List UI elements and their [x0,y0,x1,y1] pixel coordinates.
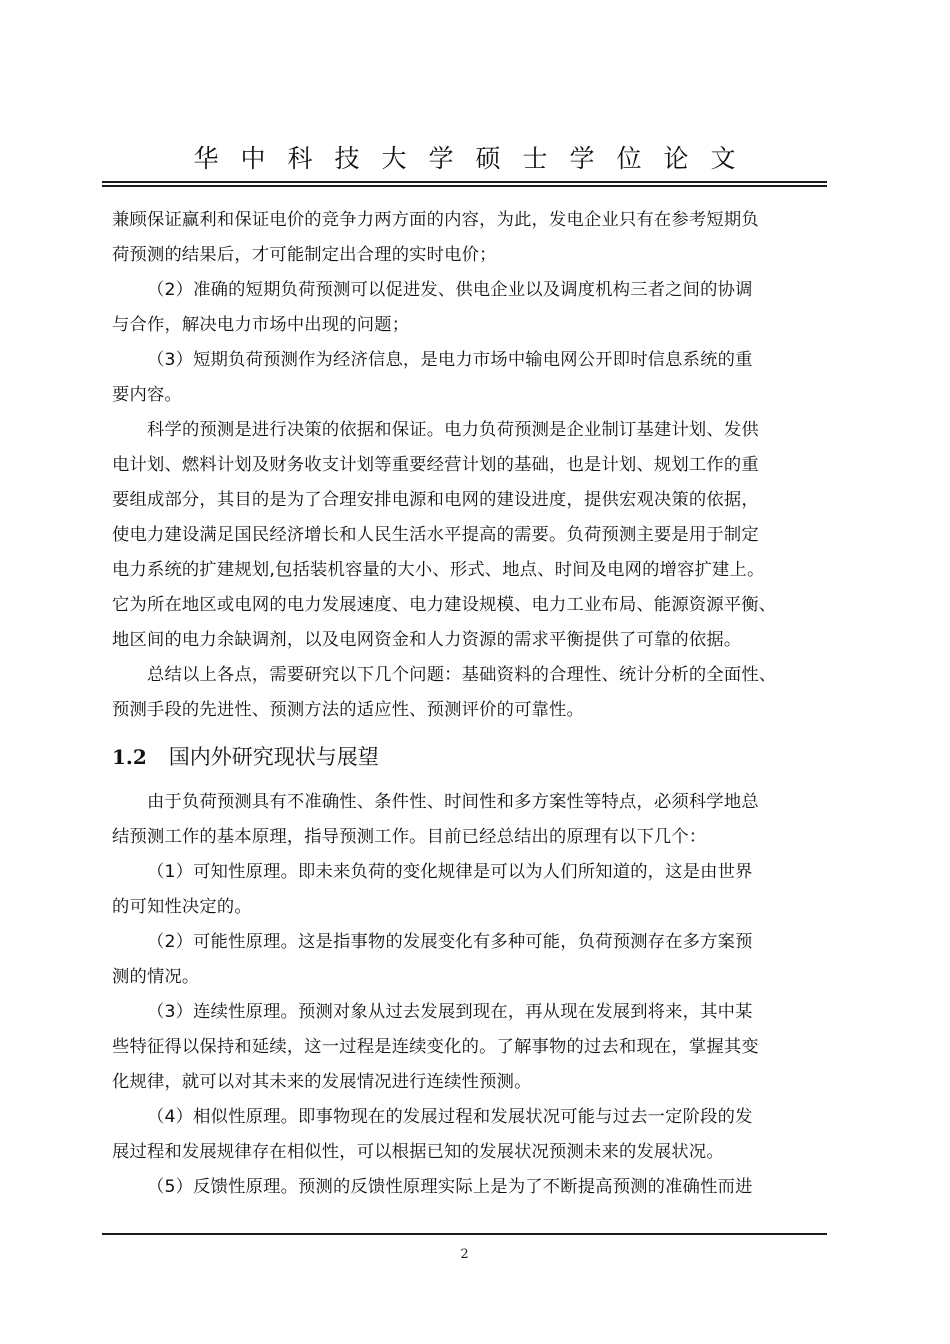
paragraph-line: 预测手段的先进性、预测方法的适应性、预测评价的可靠性。 [112,693,820,728]
paragraph-line: 结预测工作的基本原理，指导预测工作。目前已经总结出的原理有以下几个： [112,820,820,855]
paragraph-line: 些特征得以保持和延续，这一过程是连续变化的。了解事物的过去和现在，掌握其变 [112,1030,820,1065]
paragraph-line: 化规律，就可以对其未来的发展情况进行连续性预测。 [112,1065,820,1100]
list-item-line: （5）反馈性原理。预测的反馈性原理实际上是为了不断提高预测的准确性而进 [112,1170,820,1205]
footer-rule [102,1233,827,1235]
section-heading: 1.2国内外研究现状与展望 [112,733,820,781]
paragraph-line: 要组成部分，其目的是为了合理安排电源和电网的建设进度，提供宏观决策的依据， [112,483,820,518]
paragraph-line: 展过程和发展规律存在相似性，可以根据已知的发展状况预测未来的发展状况。 [112,1135,820,1170]
section-title: 国内外研究现状与展望 [169,745,379,769]
paragraph-line: 电计划、燃料计划及财务收支计划等重要经营计划的基础，也是计划、规划工作的重 [112,448,820,483]
paragraph-line: 兼顾保证赢利和保证电价的竞争力两方面的内容，为此，发电企业只有在参考短期负 [112,203,820,238]
list-item-line: （3）连续性原理。预测对象从过去发展到现在，再从现在发展到将来，其中某 [112,995,820,1030]
paragraph-line: 由于负荷预测具有不准确性、条件性、时间性和多方案性等特点，必须科学地总 [112,785,820,820]
paragraph-line: 它为所在地区或电网的电力发展速度、电力建设规模、电力工业布局、能源资源平衡、 [112,588,820,623]
paragraph-line: 科学的预测是进行决策的依据和保证。电力负荷预测是企业制订基建计划、发供 [112,413,820,448]
paragraph-line: 电力系统的扩建规划,包括装机容量的大小、形式、地点、时间及电网的增容扩建上。 [112,553,820,588]
paragraph-line: 的可知性决定的。 [112,890,820,925]
header-rule-bottom [102,185,827,187]
page-number: 2 [102,1245,827,1265]
paragraph-line: 与合作，解决电力市场中出现的问题； [112,308,820,343]
list-item-line: （4）相似性原理。即事物现在的发展过程和发展状况可能与过去一定阶段的发 [112,1100,820,1135]
list-item-line: （3）短期负荷预测作为经济信息，是电力市场中输电网公开即时信息系统的重 [112,343,820,378]
paragraph-line: 测的情况。 [112,960,820,995]
running-header: 华中科技大学硕士学位论文 [102,141,827,177]
paragraph-line: 要内容。 [112,378,820,413]
paragraph-line: 使电力建设满足国民经济增长和人民生活水平提高的需要。负荷预测主要是用于制定 [112,518,820,553]
header-rule-top [102,181,827,183]
section-number: 1.2 [112,745,147,769]
list-item-line: （2）可能性原理。这是指事物的发展变化有多种可能，负荷预测存在多方案预 [112,925,820,960]
document-page: 华中科技大学硕士学位论文 兼顾保证赢利和保证电价的竞争力两方面的内容，为此，发电… [0,0,950,1344]
paragraph-line: 荷预测的结果后，才可能制定出合理的实时电价； [112,238,820,273]
paragraph-line: 地区间的电力余缺调剂，以及电网资金和人力资源的需求平衡提供了可靠的依据。 [112,623,820,658]
header-double-rule [102,181,827,187]
list-item-line: （1）可知性原理。即未来负荷的变化规律是可以为人们所知道的，这是由世界 [112,855,820,890]
paragraph-line: 总结以上各点，需要研究以下几个问题：基础资料的合理性、统计分析的全面性、 [112,658,820,693]
body-text: 兼顾保证赢利和保证电价的竞争力两方面的内容，为此，发电企业只有在参考短期负 荷预… [112,203,820,1205]
list-item-line: （2）准确的短期负荷预测可以促进发、供电企业以及调度机构三者之间的协调 [112,273,820,308]
